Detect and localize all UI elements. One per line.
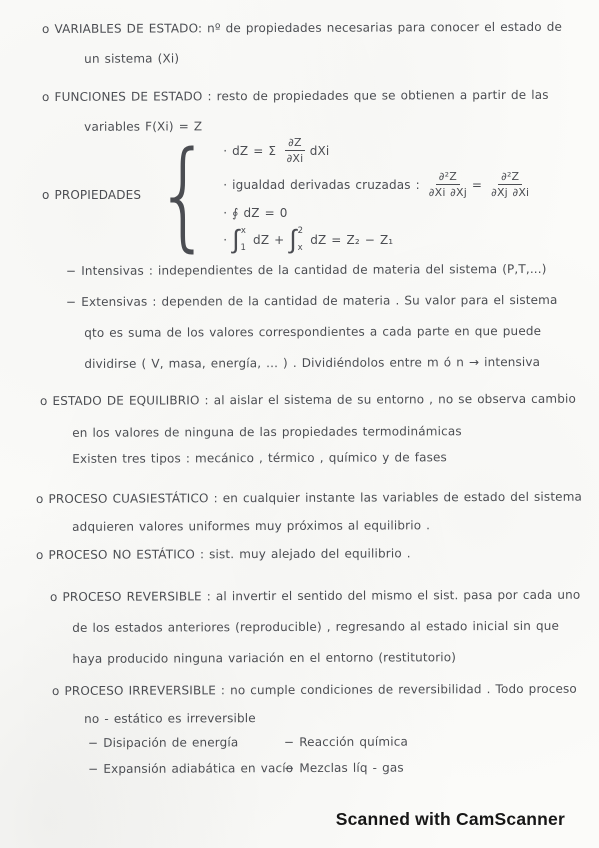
formula-total-differential: · dZ = Σ ∂Z ∂Xi dXi	[223, 136, 534, 165]
note-line: variables F(Xi) = Z	[84, 116, 549, 136]
propiedades-label: o PROPIEDADES	[42, 186, 146, 204]
note-line: o PROCESO REVERSIBLE : al invertir el se…	[50, 586, 580, 606]
note-line: o PROCESO NO ESTÁTICO : sist. muy alejad…	[36, 544, 411, 564]
list-item: − Disipación de energía	[88, 733, 284, 752]
note-line: − Extensivas : dependen de la cantidad d…	[66, 291, 558, 311]
integral-sign: ∫ x 1	[232, 227, 248, 253]
scanned-note-page: o VARIABLES DE ESTADO: nº de propiedades…	[0, 0, 599, 848]
formula-cyclic-integral: · ∮ dZ = 0	[223, 204, 534, 222]
fraction: ∂²Z ∂Xj ∂Xi	[491, 170, 529, 199]
note-line: o ESTADO DE EQUILIBRIO : al aislar el si…	[40, 390, 576, 410]
note-line: o VARIABLES DE ESTADO: nº de propiedades…	[42, 18, 562, 38]
list-item: − Reacción química	[284, 733, 408, 752]
note-line: dividirse ( V, masa, energía, ... ) . Di…	[84, 353, 558, 373]
note-line: no - estático es irreversible	[84, 708, 577, 728]
note-line: en los valores de ninguna de las propied…	[72, 422, 576, 442]
note-line: o FUNCIONES DE ESTADO : resto de propied…	[42, 86, 549, 106]
section-intensivas: − Intensivas : independientes de la cant…	[66, 260, 547, 280]
section-estado-de-equilibrio: o ESTADO DE EQUILIBRIO : al aislar el si…	[40, 390, 576, 468]
note-line: haya producido ninguna variación en el e…	[72, 648, 580, 668]
note-line: qto es suma de los valores correspondien…	[84, 322, 558, 342]
formula-cross-derivatives: · igualdad derivadas cruzadas : ∂²Z ∂Xi …	[223, 170, 534, 199]
note-line: un sistema (Xi)	[84, 48, 562, 68]
fraction: ∂Z ∂Xi	[285, 136, 305, 165]
note-line: o PROCESO IRREVERSIBLE : no cumple condi…	[52, 680, 577, 700]
fraction: ∂²Z ∂Xi ∂Xj	[429, 170, 467, 199]
section-proceso-irreversible: o PROCESO IRREVERSIBLE : no cumple condi…	[52, 680, 577, 728]
irreversible-examples-list: − Disipación de energía − Reacción quími…	[88, 733, 408, 778]
list-item: − Expansión adiabática en vacío	[88, 759, 284, 778]
note-line: o PROCESO CUASIESTÁTICO : en cualquier i…	[36, 488, 582, 508]
propiedades-formulas: · dZ = Σ ∂Z ∂Xi dXi · igualdad derivadas…	[223, 136, 534, 253]
note-line: − Intensivas : independientes de la cant…	[66, 260, 547, 280]
section-proceso-reversible: o PROCESO REVERSIBLE : al invertir el se…	[50, 586, 581, 668]
note-line: adquieren valores uniformes muy próximos…	[72, 516, 582, 536]
section-proceso-no-estatico: o PROCESO NO ESTÁTICO : sist. muy alejad…	[36, 544, 411, 564]
camscanner-watermark: Scanned with CamScanner	[336, 809, 565, 830]
section-extensivas: − Extensivas : dependen de la cantidad d…	[66, 291, 558, 373]
note-line: de los estados anteriores (reproducible)…	[72, 617, 580, 637]
list-item: − Mezclas líq - gas	[284, 759, 408, 778]
section-funciones-de-estado: o FUNCIONES DE ESTADO : resto de propied…	[42, 86, 549, 136]
integral-sign: ∫ 2 x	[289, 227, 305, 253]
brace-glyph: {	[155, 140, 211, 249]
formula-path-integral: · ∫ x 1 dZ + ∫ 2 x	[223, 227, 534, 253]
section-propiedades: o PROPIEDADES { · dZ = Σ ∂Z ∂Xi dXi · ig…	[42, 136, 534, 253]
section-variables-de-estado: o VARIABLES DE ESTADO: nº de propiedades…	[42, 18, 562, 68]
note-line: Existen tres tipos : mecánico , térmico …	[72, 448, 576, 468]
section-proceso-cuasiestatico: o PROCESO CUASIESTÁTICO : en cualquier i…	[36, 488, 582, 536]
